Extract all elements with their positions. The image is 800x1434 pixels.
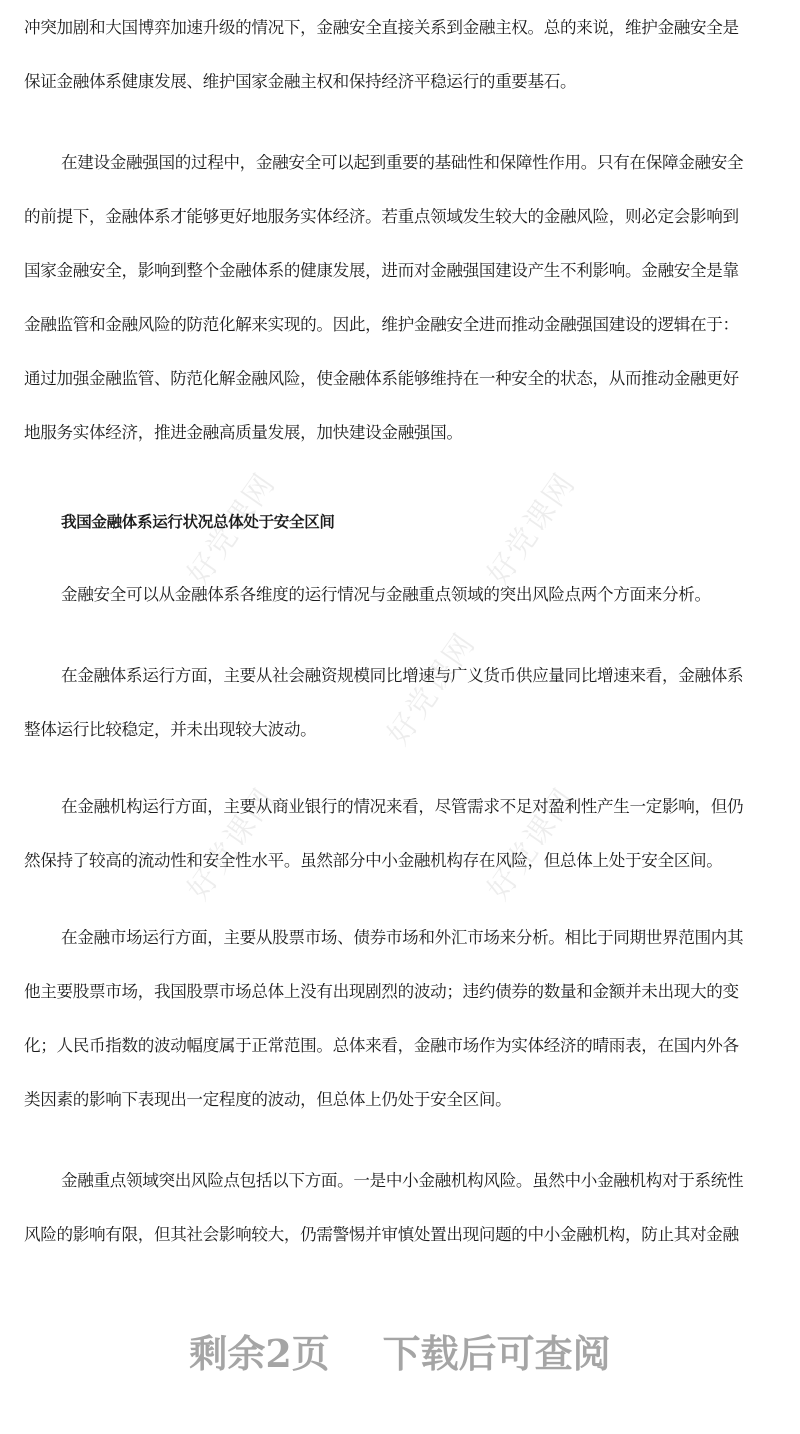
- text-line: 风险的影响有限，但其社会影响较大，仍需警惕并审慎处置出现问题的中小金融机构，防止…: [24, 1223, 776, 1247]
- text-line: 冲突加剧和大国博弈加速升级的情况下，金融安全直接关系到金融主权。总的来说，维护金…: [24, 16, 776, 40]
- text-line: 在金融市场运行方面，主要从股票市场、债券市场和外汇市场来分析。相比于同期世界范围…: [61, 926, 776, 950]
- text-line: 在建设金融强国的过程中，金融安全可以起到重要的基础性和保障性作用。只有在保障金融…: [61, 151, 776, 175]
- text-line: 他主要股票市场，我国股票市场总体上没有出现剧烈的波动；违约债券的数量和金额并未出…: [24, 980, 776, 1004]
- text-line: 在金融体系运行方面，主要从社会融资规模同比增速与广义货币供应量同比增速来看，金融…: [61, 664, 776, 688]
- text-line: 地服务实体经济，推进金融高质量发展，加快建设金融强国。: [24, 421, 776, 445]
- text-line: 整体运行比较稳定，并未出现较大波动。: [24, 718, 776, 742]
- text-line: 金融安全可以从金融体系各维度的运行情况与金融重点领域的突出风险点两个方面来分析。: [61, 583, 776, 607]
- text-line: 化；人民币指数的波动幅度属于正常范围。总体来看，金融市场作为实体经济的晴雨表，在…: [24, 1034, 776, 1058]
- text-line: 保证金融体系健康发展、维护国家金融主权和保持经济平稳运行的重要基石。: [24, 70, 776, 94]
- document-page: 好党课网 好党课网 好党课网 好党课网 好党课网 冲突加剧和大国博弈加速升级的情…: [0, 0, 800, 1434]
- text-line: 类因素的影响下表现出一定程度的波动，但总体上仍处于安全区间。: [24, 1088, 776, 1112]
- watermark: 好党课网: [474, 462, 583, 592]
- text-line: 通过加强金融监管、防范化解金融风险，使金融体系能够维持在一种安全的状态，从而推动…: [24, 367, 776, 391]
- text-line: 金融重点领域突出风险点包括以下方面。一是中小金融机构风险。虽然中小金融机构对于系…: [61, 1169, 776, 1193]
- section-heading: 我国金融体系运行状况总体处于安全区间: [61, 510, 335, 534]
- text-line: 的前提下，金融体系才能够更好地服务实体经济。若重点领域发生较大的金融风险，则必定…: [24, 205, 776, 229]
- download-to-read-more-banner[interactable]: 剩余2页 下载后可查阅: [0, 1330, 800, 1378]
- text-line: 金融监管和金融风险的防范化解来实现的。因此，维护金融安全进而推动金融强国建设的逻…: [24, 313, 776, 337]
- text-line: 然保持了较高的流动性和安全性水平。虽然部分中小金融机构存在风险，但总体上处于安全…: [24, 849, 776, 873]
- text-line: 国家金融安全，影响到整个金融体系的健康发展，进而对金融强国建设产生不利影响。金融…: [24, 259, 776, 283]
- text-line: 在金融机构运行方面，主要从商业银行的情况来看，尽管需求不足对盈利性产生一定影响，…: [61, 795, 776, 819]
